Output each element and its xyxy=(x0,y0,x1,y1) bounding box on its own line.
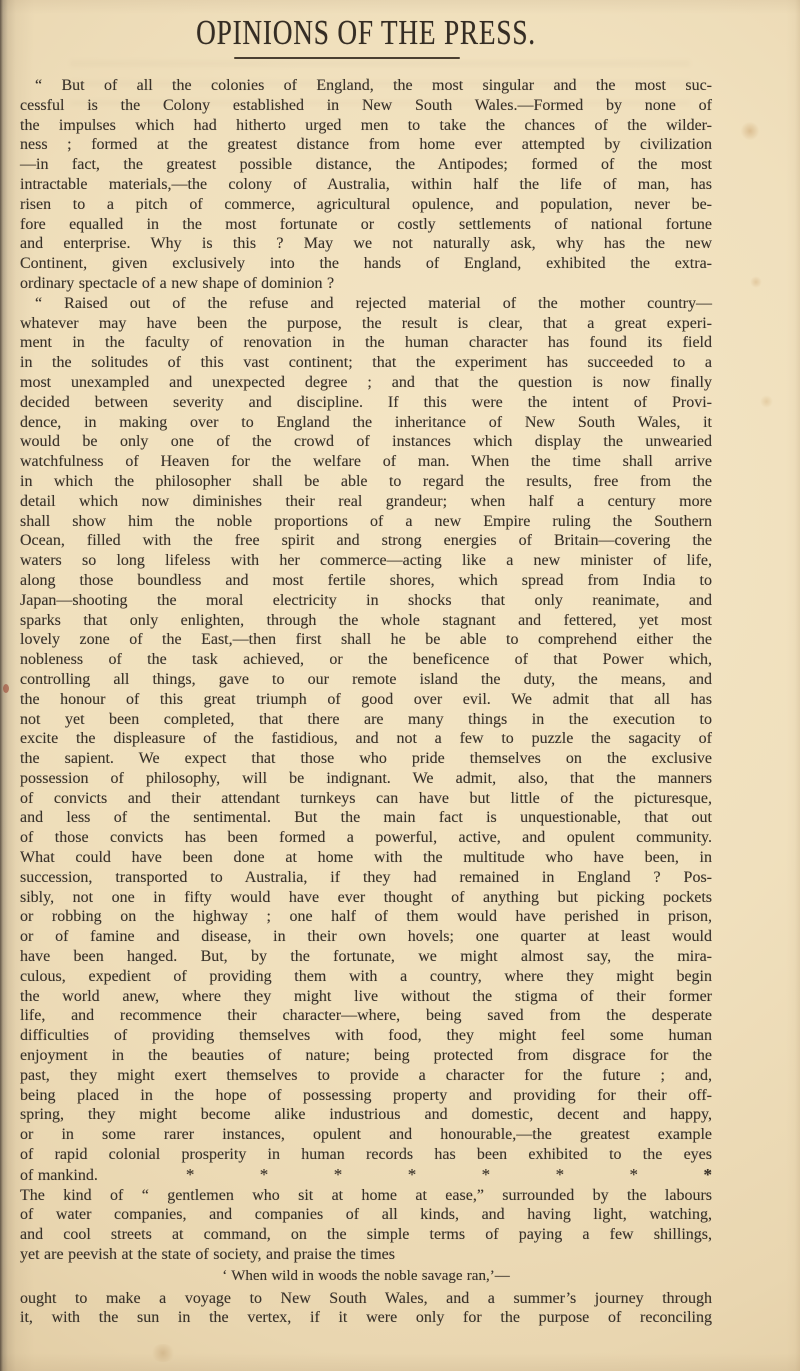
text-line: dence, in making over to England the inh… xyxy=(20,413,712,433)
body-text: “ But of all the colonies of England, th… xyxy=(20,76,712,1328)
text-line: of mankind.******** xyxy=(20,1165,712,1186)
text-line: in which the philosopher shall be able t… xyxy=(20,472,712,492)
asterisk-glyph: * xyxy=(260,1165,269,1185)
text-line: What could have been done at home with t… xyxy=(20,848,712,868)
text-line: the honour of this great triumph of good… xyxy=(20,690,712,710)
asterisk-glyph: * xyxy=(556,1165,565,1185)
text-line: culous, expedient of providing them with… xyxy=(20,967,712,987)
text-line: watchfulness of Heaven for the welfare o… xyxy=(20,452,712,472)
text-line: sibly, not one in fifty would have ever … xyxy=(20,888,712,908)
text-fragment: of mankind. xyxy=(20,1166,98,1186)
text-line: succession, transported to Australia, if… xyxy=(20,868,712,888)
text-line: it, with the sun in the vertex, if it we… xyxy=(20,1308,712,1328)
asterisk-glyph: * xyxy=(704,1165,713,1185)
text-line: risen to a pitch of commerce, agricultur… xyxy=(20,195,712,215)
text-line: or of famine and disease, in their own h… xyxy=(20,927,712,947)
text-line: most unexampled and unexpected degree ; … xyxy=(20,373,712,393)
text-line: possession of philosophy, will be indign… xyxy=(20,769,712,789)
text-line: nobleness of the task achieved, or the b… xyxy=(20,650,712,670)
text-line: waters so long lifeless with her commerc… xyxy=(20,551,712,571)
text-line: the world anew, where they might live wi… xyxy=(20,987,712,1007)
asterisk-glyph: * xyxy=(408,1165,417,1185)
text-line: past, they might exert themselves to pro… xyxy=(20,1066,712,1086)
paper-speck xyxy=(3,684,9,693)
text-line: intractable materials,—the colony of Aus… xyxy=(20,175,712,195)
text-line: “ But of all the colonies of England, th… xyxy=(20,76,712,96)
book-page: OPINIONS OF THE PRESS. “ But of all the … xyxy=(0,0,800,1371)
text-line: “ Raised out of the refuse and rejected … xyxy=(20,294,712,314)
text-line: —in fact, the greatest possible distance… xyxy=(20,155,712,175)
text-line: not yet been completed, that there are m… xyxy=(20,710,712,730)
text-line: and less of the sentimental. But the mai… xyxy=(20,808,712,828)
paper-stain xyxy=(750,276,762,288)
text-line: and enterprise. Why is this ? May we not… xyxy=(20,234,712,254)
text-line: detail which now diminishes their real g… xyxy=(20,492,712,512)
text-line: and cool streets at command, on the simp… xyxy=(20,1225,712,1245)
paper-stain xyxy=(150,1344,176,1362)
text-line: The kind of “ gentlemen who sit at home … xyxy=(20,1186,712,1206)
text-line: along those boundless and most fertile s… xyxy=(20,571,712,591)
text-line: whatever may have been the purpose, the … xyxy=(20,314,712,334)
text-line: cessful is the Colony established in New… xyxy=(20,96,712,116)
asterisk-glyph: * xyxy=(630,1165,639,1185)
text-line: Continent, given exclusively into the ha… xyxy=(20,254,712,274)
text-line: of convicts and their attendant turnkeys… xyxy=(20,789,712,809)
text-line: ness ; formed at the greatest distance f… xyxy=(20,135,712,155)
text-line: controlling all things, gave to our remo… xyxy=(20,670,712,690)
text-line: fore equalled in the most fortunate or c… xyxy=(20,215,712,235)
text-line: the impulses which had hitherto urged me… xyxy=(20,116,712,136)
text-line: ment in the faculty of renovation in the… xyxy=(20,333,712,353)
asterisk-row: ******** xyxy=(98,1165,712,1185)
paper-stain xyxy=(740,122,760,140)
text-line: ‘ When wild in woods the noble savage ra… xyxy=(20,1267,712,1287)
text-line: or robbing on the highway ; one half of … xyxy=(20,907,712,927)
text-line: have been hanged. But, by the fortunate,… xyxy=(20,947,712,967)
paper-stain xyxy=(760,395,773,408)
page-title: OPINIONS OF THE PRESS. xyxy=(96,12,636,54)
text-line: lovely zone of the East,—then first shal… xyxy=(20,630,712,650)
text-line: of those convicts has been formed a powe… xyxy=(20,828,712,848)
text-line: ought to make a voyage to New South Wale… xyxy=(20,1289,712,1309)
asterisk-glyph: * xyxy=(482,1165,491,1185)
asterisk-glyph: * xyxy=(186,1165,195,1185)
text-line: in the solitudes of this vast continent;… xyxy=(20,353,712,373)
text-line: yet are peevish at the state of society,… xyxy=(20,1245,712,1265)
text-line: decided between severity and discipline.… xyxy=(20,393,712,413)
text-line: of rapid colonial prosperity in human re… xyxy=(20,1145,712,1165)
text-line: ordinary spectacle of a new shape of dom… xyxy=(20,274,712,294)
text-line: or in some rarer instances, opulent and … xyxy=(20,1125,712,1145)
text-line: spring, they might become alike industri… xyxy=(20,1105,712,1125)
text-line: shall show him the noble proportions of … xyxy=(20,512,712,532)
text-line: life, and recommence their character—whe… xyxy=(20,1006,712,1026)
text-line: enjoyment in the beauties of nature; bei… xyxy=(20,1046,712,1066)
text-line: the sapient. We expect that those who pr… xyxy=(20,749,712,769)
text-line: being placed in the hope of possessing p… xyxy=(20,1086,712,1106)
asterisk-glyph: * xyxy=(334,1165,343,1185)
text-line: difficulties of providing themselves wit… xyxy=(20,1026,712,1046)
text-line: Ocean, filled with the free spirit and s… xyxy=(20,531,712,551)
text-line: excite the displeasure of the fastidious… xyxy=(20,729,712,749)
text-line: Japan—shooting the moral electricity in … xyxy=(20,591,712,611)
text-line: would be only one of the crowd of instan… xyxy=(20,432,712,452)
title-rule xyxy=(234,57,460,59)
text-line: of water companies, and companies of all… xyxy=(20,1205,712,1225)
text-line: sparks that only enlighten, through the … xyxy=(20,611,712,631)
